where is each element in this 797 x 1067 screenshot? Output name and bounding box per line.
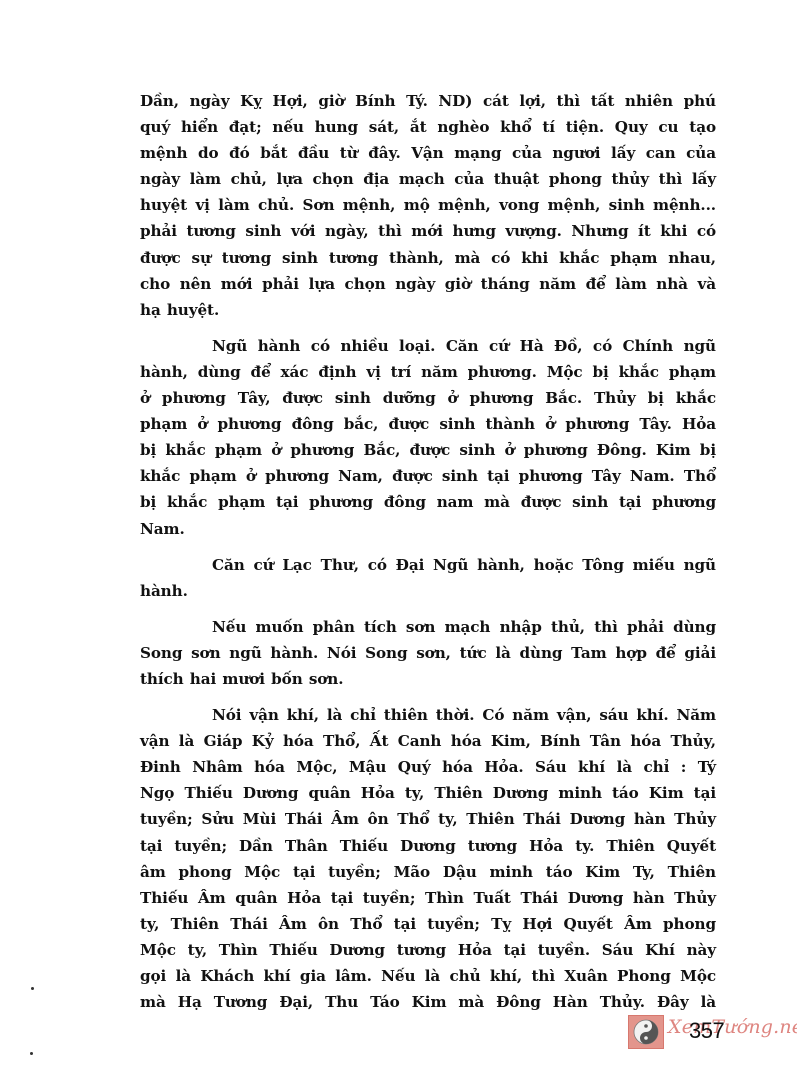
text-line: âm phong Mộc tại tuyền; Mão Dậu minh táo… xyxy=(140,859,716,885)
text-line: hành, dùng để xác định vị trí năm phương… xyxy=(140,359,716,385)
text-line: mà Hạ Tương Đại, Thu Táo Kim mà Đông Hàn… xyxy=(140,989,716,1015)
yin-yang-icon xyxy=(628,1015,664,1049)
text-line: phải tương sinh với ngày, thì mới hưng v… xyxy=(140,218,716,244)
text-line: thích hai mươi bốn sơn. xyxy=(140,666,716,692)
text-line: ty, Thiên Thái Âm ôn Thổ tại tuyền; Tỵ H… xyxy=(140,911,716,937)
scan-dot xyxy=(31,987,34,990)
text-line: bị khắc phạm tại phương đông nam mà được… xyxy=(140,489,716,515)
text-line: tại tuyền; Dần Thân Thiếu Dương tương Hỏ… xyxy=(140,833,716,859)
text-line: mệnh do đó bắt đầu từ đây. Vận mạng của … xyxy=(140,140,716,166)
paragraph-3: Căn cứ Lạc Thư, có Đại Ngũ hành, hoặc Tô… xyxy=(140,552,716,604)
text-line: hạ huyệt. xyxy=(140,297,716,323)
text-line: hành. xyxy=(140,578,716,604)
text-line: bị khắc phạm ở phương Bắc, được sinh ở p… xyxy=(140,437,716,463)
text-line: Dần, ngày Kỵ Hợi, giờ Bính Tý. ND) cát l… xyxy=(140,88,716,114)
text-line: gọi là Khách khí gia lâm. Nếu là chủ khí… xyxy=(140,963,716,989)
text-line: Song sơn ngũ hành. Nói Song sơn, tức là … xyxy=(140,640,716,666)
scanned-book-page: Dần, ngày Kỵ Hợi, giờ Bính Tý. ND) cát l… xyxy=(0,0,797,1067)
body-text: Dần, ngày Kỵ Hợi, giờ Bính Tý. ND) cát l… xyxy=(140,88,716,1025)
text-line: Mộc ty, Thìn Thiếu Dương tương Hỏa tại t… xyxy=(140,937,716,963)
paragraph-1: Dần, ngày Kỵ Hợi, giờ Bính Tý. ND) cát l… xyxy=(140,88,716,323)
text-line: ngày làm chủ, lựa chọn địa mạch của thuậ… xyxy=(140,166,716,192)
text-line: Thiếu Âm quân Hỏa tại tuyền; Thìn Tuất T… xyxy=(140,885,716,911)
text-line: ở phương Tây, được sinh dưỡng ở phương B… xyxy=(140,385,716,411)
text-line: Nếu muốn phân tích sơn mạch nhập thủ, th… xyxy=(140,614,716,640)
text-line: Nam. xyxy=(140,516,716,542)
text-line: quý hiển đạt; nếu hung sát, ắt nghèo khổ… xyxy=(140,114,716,140)
text-line: Nói vận khí, là chỉ thiên thời. Có năm v… xyxy=(140,702,716,728)
scan-dot xyxy=(30,1052,33,1055)
paragraph-2: Ngũ hành có nhiều loại. Căn cứ Hà Đồ, có… xyxy=(140,333,716,542)
watermark-text: XemTướng.net xyxy=(668,1016,797,1038)
text-line: được sự tương sinh tương thành, mà có kh… xyxy=(140,245,716,271)
paragraph-4: Nếu muốn phân tích sơn mạch nhập thủ, th… xyxy=(140,614,716,692)
text-line: cho nên mới phải lựa chọn ngày giờ tháng… xyxy=(140,271,716,297)
text-line: huyệt vị làm chủ. Sơn mệnh, mộ mệnh, von… xyxy=(140,192,716,218)
text-line: tuyền; Sửu Mùi Thái Âm ôn Thổ ty, Thiên … xyxy=(140,806,716,832)
text-line: Đinh Nhâm hóa Mộc, Mậu Quý hóa Hỏa. Sáu … xyxy=(140,754,716,780)
text-line: Căn cứ Lạc Thư, có Đại Ngũ hành, hoặc Tô… xyxy=(140,552,716,578)
text-line: vận là Giáp Kỷ hóa Thổ, Ất Canh hóa Kim,… xyxy=(140,728,716,754)
text-line: Ngũ hành có nhiều loại. Căn cứ Hà Đồ, có… xyxy=(140,333,716,359)
page-number: 357 xyxy=(689,1018,724,1044)
paragraph-5: Nói vận khí, là chỉ thiên thời. Có năm v… xyxy=(140,702,716,1015)
text-line: Ngọ Thiếu Dương quân Hỏa ty, Thiên Dương… xyxy=(140,780,716,806)
text-line: khắc phạm ở phương Nam, được sinh tại ph… xyxy=(140,463,716,489)
text-line: phạm ở phương đông bắc, được sinh thành … xyxy=(140,411,716,437)
